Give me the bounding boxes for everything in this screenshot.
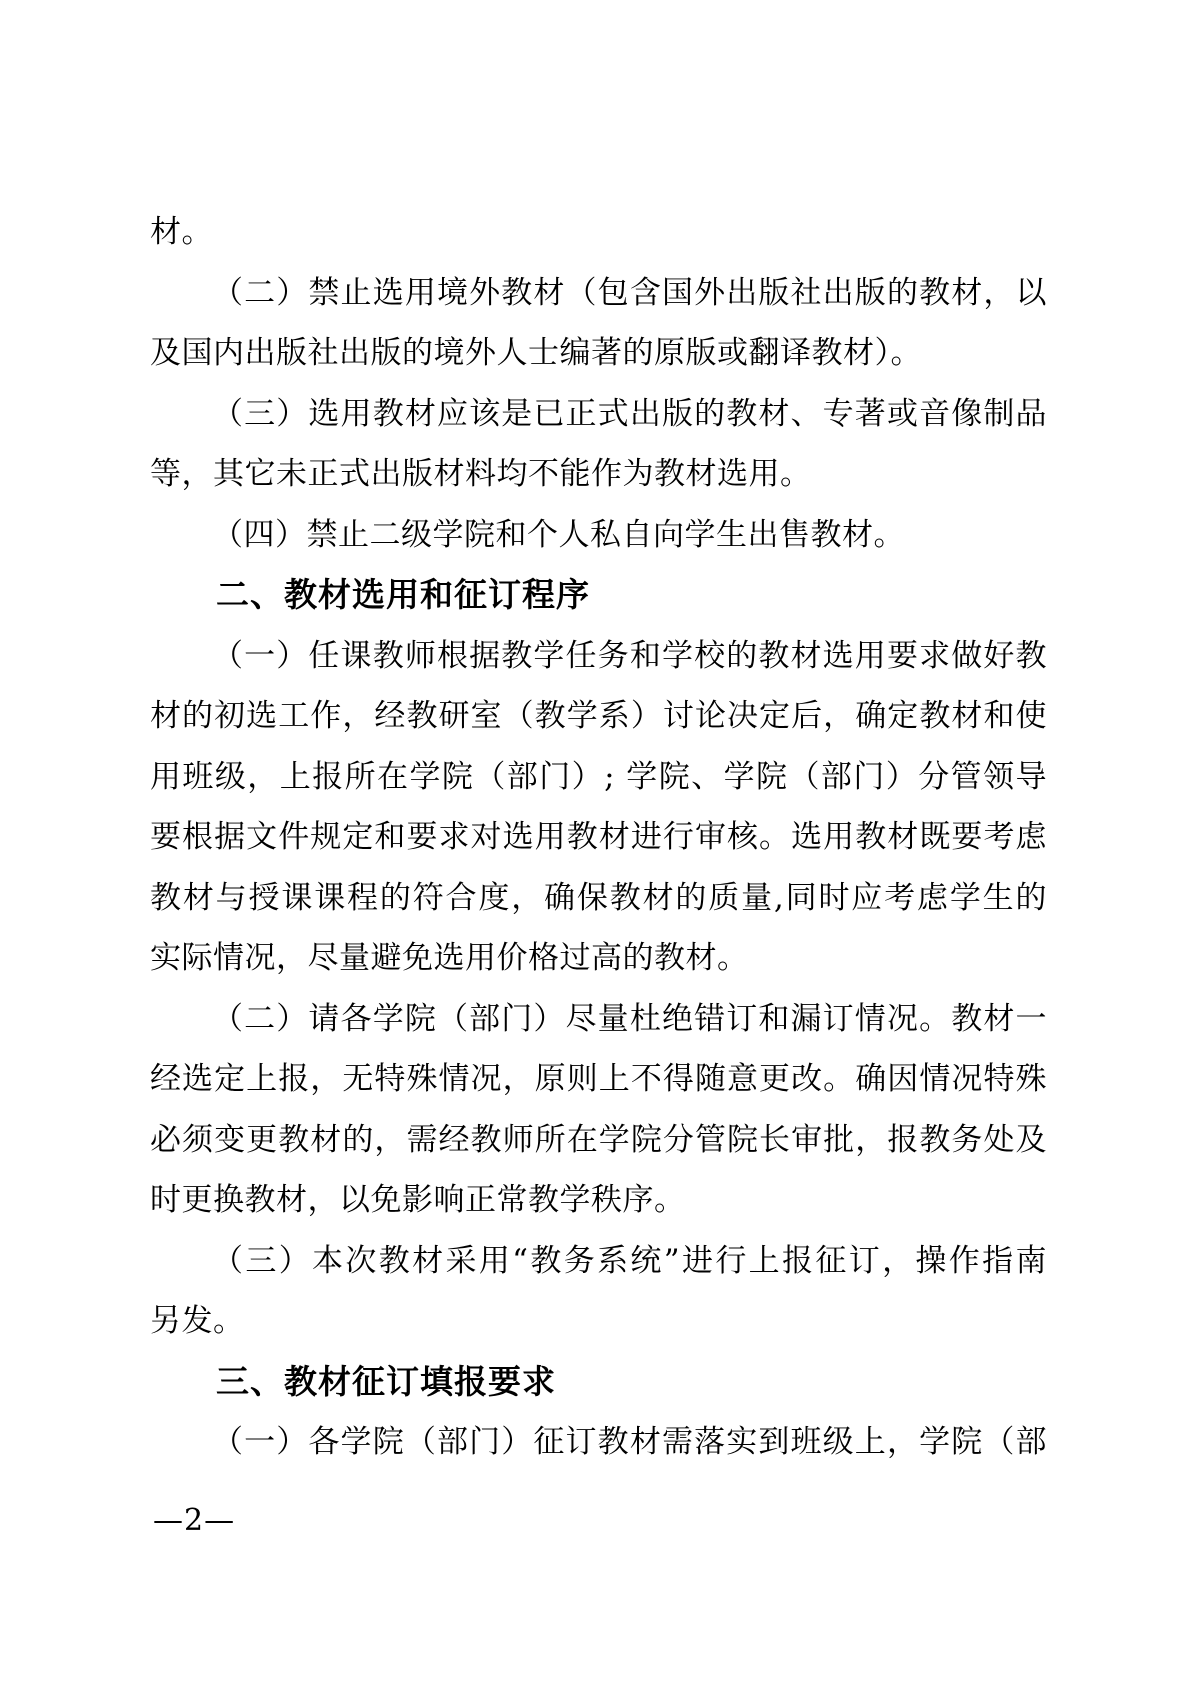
text-line: 实际情况，尽量避免选用价格过高的教材。: [150, 928, 1047, 989]
text-line: 用班级，上报所在学院（部门）; 学院、学院（部门）分管领导: [150, 747, 1047, 808]
text-line: （三）选用教材应该是已正式出版的教材、专著或音像制品: [150, 384, 1047, 445]
text-line: 材的初选工作，经教研室（教学系）讨论决定后，确定教材和使: [150, 686, 1047, 747]
section-heading: 二、教材选用和征订程序: [150, 565, 1047, 626]
text-line: （一）各学院（部门）征订教材需落实到班级上，学院（部: [150, 1412, 1047, 1473]
text-line: 时更换教材，以免影响正常教学秩序。: [150, 1170, 1047, 1231]
text-line: 必须变更教材的，需经教师所在学院分管院长审批，报教务处及: [150, 1110, 1047, 1171]
document-text-block: 材。 （二）禁止选用境外教材（包含国外出版社出版的教材，以 及国内出版社出版的境…: [150, 202, 1047, 1473]
text-line: 及国内出版社出版的境外人士编著的原版或翻译教材）。: [150, 323, 1047, 384]
text-line: （一）任课教师根据教学任务和学校的教材选用要求做好教: [150, 626, 1047, 687]
text-line: （四）禁止二级学院和个人私自向学生出售教材。: [150, 505, 1047, 566]
text-line: 教材与授课课程的符合度，确保教材的质量,同时应考虑学生的: [150, 868, 1047, 929]
text-line: （二）请各学院（部门）尽量杜绝错订和漏订情况。教材一: [150, 989, 1047, 1050]
text-line: 经选定上报，无特殊情况，原则上不得随意更改。确因情况特殊: [150, 1049, 1047, 1110]
text-line: 要根据文件规定和要求对选用教材进行审核。选用教材既要考虑: [150, 807, 1047, 868]
text-line: （三）本次教材采用“教务系统”进行上报征订，操作指南: [150, 1231, 1047, 1292]
section-heading: 三、教材征订填报要求: [150, 1352, 1047, 1413]
text-line: （二）禁止选用境外教材（包含国外出版社出版的教材，以: [150, 263, 1047, 324]
document-page: 材。 （二）禁止选用境外教材（包含国外出版社出版的教材，以 及国内出版社出版的境…: [0, 0, 1191, 1684]
text-line: 另发。: [150, 1291, 1047, 1352]
text-line: 等，其它未正式出版材料均不能作为教材选用。: [150, 444, 1047, 505]
page-number: —2—: [153, 1503, 235, 1539]
text-line: 材。: [150, 202, 1047, 263]
